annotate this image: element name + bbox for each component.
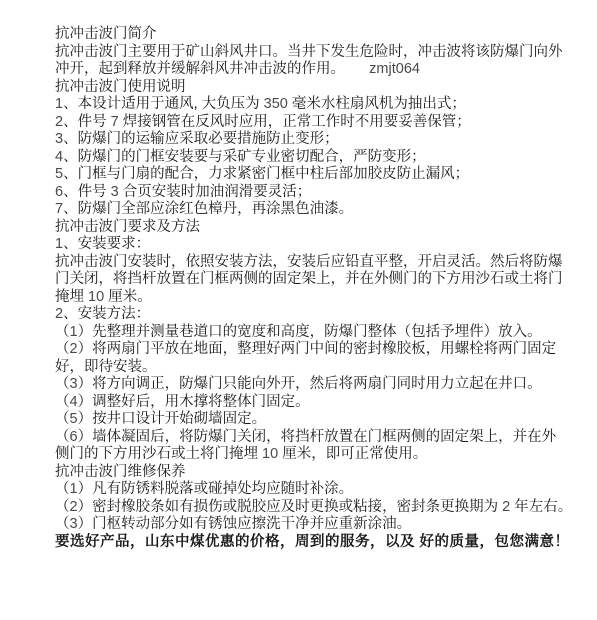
- list-item: 2、安装方法：: [55, 306, 579, 324]
- text-line: 侧门的下方用沙石或土将门掩埋 10 厘米，即可正常使用。: [55, 446, 579, 464]
- text-line: 抗冲击波门安装时，依照安装方法，安装后应铅直平整，开启灵活。然后将防爆: [55, 254, 579, 272]
- latin-text: 6: [70, 429, 78, 445]
- latin-text: 1: [55, 96, 63, 112]
- latin-text: 10: [262, 446, 278, 462]
- latin-text: 2: [55, 306, 63, 322]
- closing-line: 要选好产品，山东中煤优惠的价格，周到的服务，以及 好的质量，包您满意！: [55, 534, 579, 552]
- latin-text: 4: [55, 149, 63, 165]
- list-item: 5、门框与门扇的配合，力求紧密门框中柱后部加胶皮防止漏风；: [55, 166, 579, 184]
- text-line: 冲开，起到释放并缓解斜风井冲击波的作用。 zmjt064: [55, 61, 579, 79]
- list-item: 1、安装要求：: [55, 236, 579, 254]
- document-body: 抗冲击波门简介抗冲击波门主要用于矿山斜风井口。当井下发生危险时，冲击波将该防爆门…: [55, 26, 579, 551]
- list-item: （3）门枢转动部分如有锈蚀应擦洗干净并应重新涂油。: [55, 516, 579, 534]
- list-item: （2）密封橡胶条如有损伤或脱胶应及时更换或粘接，密封条更换期为 2 年左右。: [55, 499, 579, 517]
- latin-text: 2: [70, 341, 78, 357]
- latin-text: 6: [55, 184, 63, 200]
- list-item: 2、件号 7 焊接钢管在反风时应用，正常工作时不用要妥善保管；: [55, 114, 579, 132]
- latin-text: 3: [55, 131, 63, 147]
- section-heading: 抗冲击波门使用说明: [55, 79, 579, 97]
- list-item: 1、本设计适用于通风, 大负压为 350 毫米水柱扇风机为抽出式；: [55, 96, 579, 114]
- section-heading: 抗冲击波门要求及方法: [55, 219, 579, 237]
- list-item: 4、防爆门的门框安装要与采矿专业密切配合，严防变形；: [55, 149, 579, 167]
- latin-text: 3: [70, 376, 78, 392]
- latin-text: 1: [70, 481, 78, 497]
- latin-text: 1: [70, 324, 78, 340]
- latin-text: 7: [111, 114, 119, 130]
- list-item: （5）按井口设计开始砌墙固定。: [55, 411, 579, 429]
- latin-text: 3: [111, 184, 119, 200]
- text-line: 好，即待安装。: [55, 359, 579, 377]
- section-heading: 抗冲击波门维修保养: [55, 464, 579, 482]
- list-item: （6）墙体凝固后，将防爆门关闭，将挡杆放置在门框两侧的固定架上，并在外: [55, 429, 579, 447]
- latin-text: 2: [502, 499, 510, 515]
- list-item: 6、件号 3 合页安装时加油润滑要灵活；: [55, 184, 579, 202]
- latin-text: 1: [55, 236, 63, 252]
- latin-text: 10: [88, 289, 104, 305]
- list-item: 7、防爆门全部应涂红色樟丹，再涂黑色油漆。: [55, 201, 579, 219]
- latin-text: 2: [70, 499, 78, 515]
- latin-text: 4: [70, 394, 78, 410]
- list-item: （2）将两扇门平放在地面，整理好两门中间的密封橡胶板，用螺栓将两门固定: [55, 341, 579, 359]
- list-item: （1）凡有防锈料脱落或碰掉处均应随时补涂。: [55, 481, 579, 499]
- list-item: （1）先整理并测量巷道口的宽度和高度，防爆门整体（包括予埋件）放入。: [55, 324, 579, 342]
- text-line: 抗冲击波门主要用于矿山斜风井口。当井下发生危险时，冲击波将该防爆门向外: [55, 44, 579, 62]
- latin-text: zmjt064: [369, 61, 420, 77]
- latin-text: 5: [70, 411, 78, 427]
- latin-text: 5: [55, 166, 63, 182]
- latin-text: 350: [264, 96, 288, 112]
- latin-text: 3: [70, 516, 78, 532]
- latin-text: 7: [55, 201, 63, 217]
- latin-text: 2: [55, 114, 63, 130]
- list-item: 3、防爆门的运输应采取必要措施防止变形；: [55, 131, 579, 149]
- list-item: （4）调整好后，用木撑将整体门固定。: [55, 394, 579, 412]
- list-item: （3）将方向调正，防爆门只能向外开，然后将两扇门同时用力立起在井口。: [55, 376, 579, 394]
- text-line: 门关闭，将挡杆放置在门框两侧的固定架上，并在外侧门的下方用沙石或土将门: [55, 271, 579, 289]
- document-page: 抗冲击波门简介抗冲击波门主要用于矿山斜风井口。当井下发生危险时，冲击波将该防爆门…: [0, 0, 597, 620]
- section-heading: 抗冲击波门简介: [55, 26, 579, 44]
- text-line: 掩埋 10 厘米。: [55, 289, 579, 307]
